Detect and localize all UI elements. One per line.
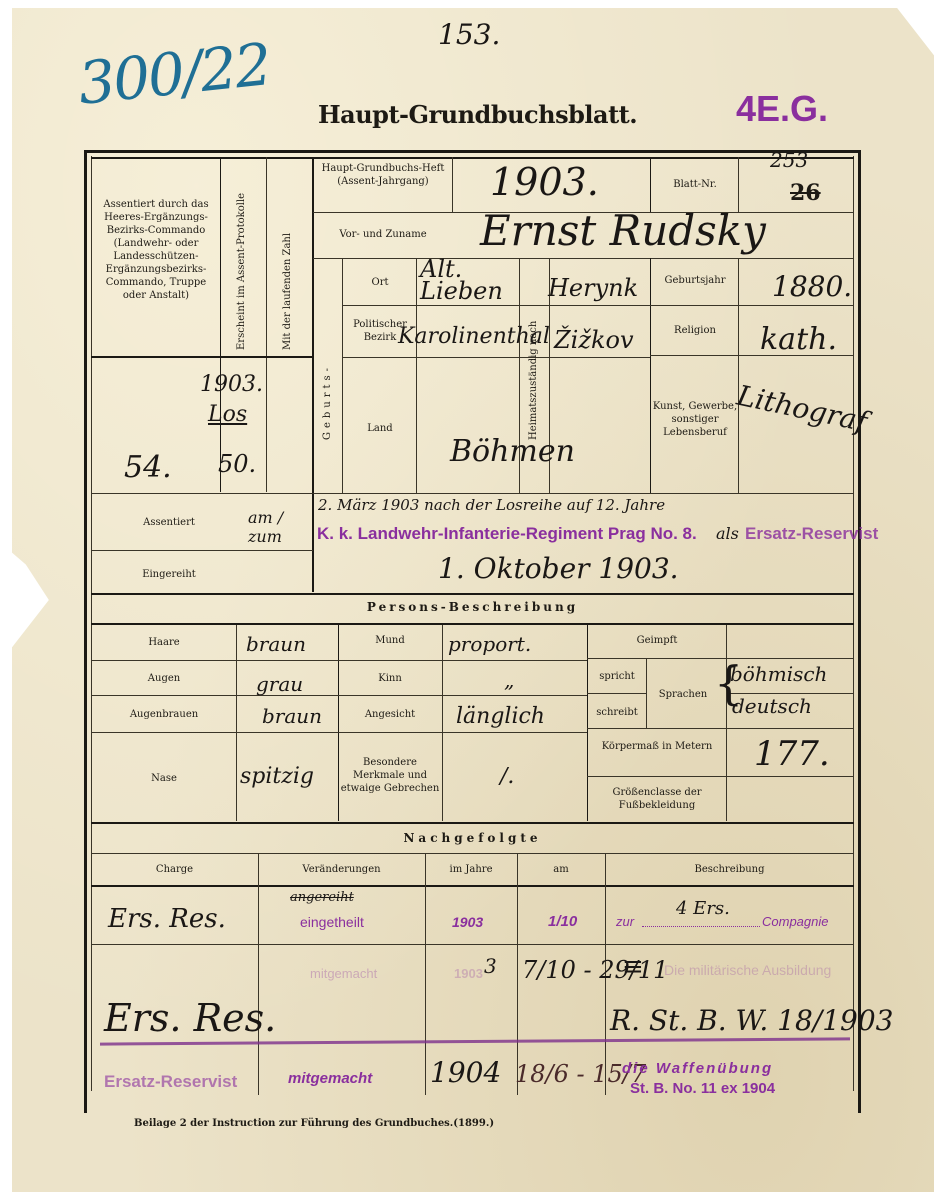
- assentiert-label: Assentiert: [94, 516, 244, 529]
- ort-heimat: Herynk: [548, 274, 638, 302]
- frame-right: [858, 150, 861, 1095]
- heft-value: 1903.: [490, 160, 599, 204]
- heimat-label: Heimatszuständig nach: [528, 300, 539, 440]
- augenbrauen-label: Augenbrauen: [94, 708, 234, 721]
- geburtsjahr-label: Geburtsjahr: [652, 274, 738, 287]
- col-veraenderungen: Veränderungen: [258, 863, 425, 876]
- bezirk-geburt: Karolinenthal: [398, 324, 550, 349]
- col-beschreibung: Beschreibung: [605, 863, 854, 876]
- merkmale-value: ∕.: [500, 764, 514, 789]
- kinn-label: Kinn: [340, 672, 440, 685]
- col-charge: Charge: [91, 863, 258, 876]
- row2-jahr-hand: 3: [484, 954, 497, 978]
- regiment-stamp: K. k. Landwehr-Infanterie-Regiment Prag …: [317, 524, 697, 544]
- geimpft-label: Geimpft: [588, 634, 726, 647]
- col-am: am: [517, 863, 605, 876]
- name-value: Ernst Rudsky: [480, 206, 766, 255]
- footer-note: Beilage 2 der Instruction zur Führung de…: [134, 1118, 494, 1129]
- schreibt-label: schreibt: [588, 706, 646, 719]
- nachgefolgte-title: Nachgefolgte: [91, 832, 854, 845]
- nase-label: Nase: [94, 772, 234, 785]
- row2-charge: Ers. Res.: [104, 996, 276, 1040]
- religion-label: Religion: [652, 324, 738, 337]
- bezirk-heimat: Žižkov: [554, 326, 634, 354]
- angesicht-label: Angesicht: [340, 708, 440, 721]
- ort-geburt: Alt. Lieben: [420, 258, 516, 302]
- merkmale-label: Besondere Merkmale und etwaige Gebrechen: [340, 756, 440, 795]
- nase-value: spitzig: [240, 764, 314, 789]
- land-label: Land: [344, 422, 416, 435]
- row3-beschreibung-ref: St. B. No. 11 ex 1904: [630, 1080, 775, 1097]
- row1-beschreibung-hand: 4 Ers.: [676, 898, 730, 919]
- assent-line-3: 1. Oktober 1903.: [438, 552, 679, 585]
- row2-beschreibung-hand: ≡: [622, 952, 644, 982]
- row1-beschreibung-prefix: zur: [616, 914, 634, 929]
- page-title: Haupt-Grundbuchsblatt.: [318, 100, 637, 129]
- assentiert-durch-label: Assentiert durch das Heeres-Ergänzungs-B…: [94, 198, 218, 302]
- row2-beschreibung-ref: R. St. B. W. 18/1903: [610, 1004, 894, 1037]
- protokolle-label: Erscheint im Assent-Protokolle: [236, 170, 247, 350]
- geburtsjahr-value: 1880.: [772, 270, 852, 303]
- laufende-zahl-label: Mit der laufenden Zahl: [282, 190, 293, 350]
- row1-veraenderung-hand: angereiht: [290, 890, 354, 905]
- am-zum-note: am / zum: [248, 508, 298, 546]
- religion-value: kath.: [760, 322, 837, 357]
- spricht-label: spricht: [588, 670, 646, 683]
- row1-jahr: 1903: [452, 914, 483, 930]
- row2-am: 7/10 - 29/11: [522, 956, 668, 984]
- row3-beschreibung-stamp: die Waffenübung: [622, 1060, 773, 1077]
- assent-number: 54.: [124, 450, 172, 485]
- koerpermass-label: Körpermaß in Metern: [588, 740, 726, 753]
- assent-line-1: 2. März 1903 nach der Losreihe auf 12. J…: [318, 496, 665, 514]
- row1-am: 1/10: [548, 913, 577, 930]
- haare-value: braun: [246, 632, 306, 656]
- persons-title: Persons-Beschreibung: [91, 601, 854, 614]
- blatt-label: Blatt-Nr.: [652, 178, 738, 191]
- page-number: 153.: [438, 18, 500, 51]
- augen-value: grau: [256, 672, 303, 696]
- row2-beschreibung-faded: Die militärische Ausbildung: [664, 962, 831, 978]
- protokolle-los: Los: [208, 402, 247, 427]
- sprachen-value-2: deutsch: [732, 694, 812, 718]
- heft-label: Haupt-Grundbuchs-Heft (Assent-Jahrgang): [316, 162, 450, 188]
- mund-label: Mund: [340, 634, 440, 647]
- fussbekleidung-label: Größenclasse der Fußbekleidung: [588, 786, 726, 812]
- ort-label: Ort: [344, 276, 416, 289]
- als-hand: als: [716, 524, 739, 543]
- rank-stamp: Ersatz-Reservist: [745, 524, 878, 544]
- name-label: Vor- und Zuname: [316, 228, 450, 241]
- kinn-value: „: [504, 668, 514, 692]
- augen-label: Augen: [94, 672, 234, 685]
- mund-value: proport.: [448, 632, 531, 656]
- row2-veraenderung-stamp: mitgemacht: [310, 966, 377, 981]
- row2-jahr-faded: 1903: [454, 966, 483, 981]
- protokolle-year: 1903.: [200, 372, 263, 397]
- frame-left: [84, 150, 87, 1095]
- protokolle-number: 50.: [218, 450, 256, 478]
- geburts-label: Geburts-: [322, 340, 333, 440]
- land-value: Böhmen: [450, 434, 575, 469]
- row1-beschreibung-suffix: Compagnie: [762, 914, 829, 929]
- unit-stamp: 4E.G.: [736, 88, 828, 130]
- sprachen-value-1: böhmisch: [730, 662, 827, 686]
- row1-veraenderung-stamp: eingetheilt: [300, 914, 364, 930]
- row3-veraenderung-stamp: mitgemacht: [288, 1070, 372, 1087]
- augenbrauen-value: braun: [262, 704, 322, 728]
- frame-top: [84, 150, 860, 153]
- beruf-label: Kunst, Gewerbe, sonstiger Lebensberuf: [652, 400, 738, 439]
- row3-charge-stamp: Ersatz-Reservist: [104, 1072, 237, 1092]
- haare-label: Haare: [94, 636, 234, 649]
- koerpermass-value: 177.: [754, 734, 830, 774]
- row3-jahr: 1904: [430, 1056, 501, 1089]
- blatt-value-old: 26: [790, 180, 821, 206]
- blatt-value-new: 253: [770, 148, 808, 172]
- angesicht-value: länglich: [456, 704, 545, 729]
- row1-charge: Ers. Res.: [108, 904, 226, 934]
- col-im-jahre: im Jahre: [425, 863, 517, 876]
- eingereiht-label: Eingereiht: [94, 568, 244, 581]
- sprachen-label: Sprachen: [648, 688, 718, 701]
